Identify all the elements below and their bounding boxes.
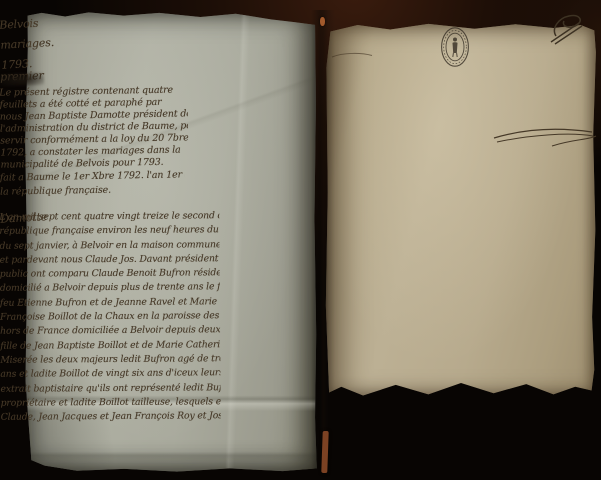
opening-paragraph: Le présent régistre contenant quatrefeui… [0, 84, 189, 171]
manuscript-line: ans et ladite Boillot de vingt six ans d… [0, 366, 220, 382]
manuscript-line: L'an mil sept cent quatre vingt treize l… [0, 209, 219, 225]
manuscript-line: fille de Jean Baptiste Boillot et de Mar… [0, 338, 220, 354]
manuscript-line: du sept janvier, à Belvoir en la maison … [0, 238, 220, 254]
manuscript-line: propriétaire et ladite Boillot tailleuse… [1, 395, 221, 411]
manuscript-line: extrait baptistaire qu'ils ont représent… [0, 381, 220, 397]
manuscript-line: feu Etienne Bufron et de Jeanne Ravel et… [0, 295, 220, 311]
manuscript-line: et pardevant nous Claude Jos. Davant pré… [0, 252, 220, 268]
ink-layer: Belvoismariages.1793. premier Le présent… [0, 0, 601, 480]
paraph-flourish-icon [548, 12, 586, 46]
manuscript-line: public ont comparu Claude Benoit Bufron … [0, 266, 220, 282]
scanned-register-photo: Belvoismariages.1793. premier Le présent… [0, 0, 601, 480]
manuscript-line: Miserée les deux majeurs ledit Bufron ag… [0, 352, 220, 368]
ink-smudge [0, 72, 44, 87]
fiscal-stamp-icon [440, 26, 470, 68]
manuscript-line: Claude, Jean Jacques et Jean François Ro… [1, 409, 221, 425]
manuscript-line: domicilié a Belvoir depuis plus de trent… [0, 281, 220, 297]
signature-flourish [492, 124, 598, 150]
dateline: fait a Baume le 1er Xbre 1792. l'an 1er … [0, 168, 185, 198]
act-paragraph: L'an mil sept cent quatre vingt treize l… [0, 209, 221, 425]
manuscript-line: Françoise Boillot de la Chaux en la paro… [0, 309, 220, 325]
manuscript-line: la république française. [0, 182, 185, 199]
manuscript-line: république française environ les neuf he… [0, 224, 219, 240]
manuscript-line: hors de France domiciliée a Belvoir depu… [0, 324, 220, 340]
